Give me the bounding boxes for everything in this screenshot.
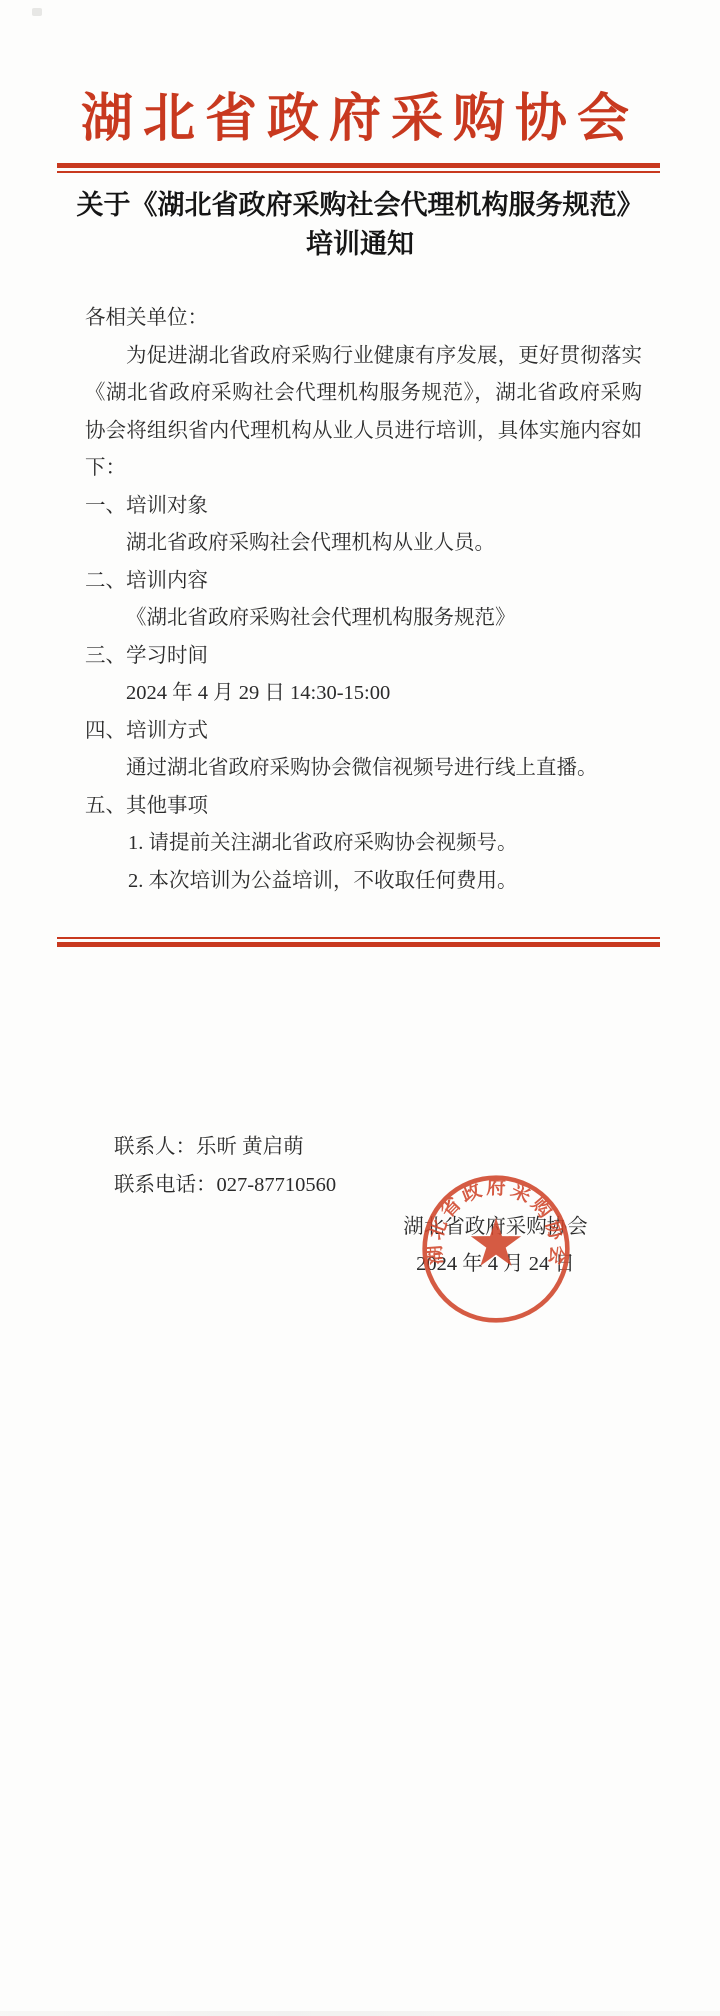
divider-thick-line: [57, 942, 660, 947]
document-title-line2: 培训通知: [40, 225, 680, 264]
contact-block: 联系人：乐昕 黄启萌 联系电话：027-87710560: [114, 1128, 336, 1204]
section-5-item-2: 2. 本次培训为公益培训，不收取任何费用。: [85, 863, 642, 901]
section-5-heading: 五、其他事项: [85, 788, 642, 826]
salutation: 各相关单位：: [85, 300, 642, 338]
section-4-heading: 四、培训方式: [85, 713, 642, 751]
divider-thin-line: [57, 171, 660, 173]
intro-paragraph: 为促进湖北省政府采购行业健康有序发展，更好贯彻落实《湖北省政府采购社会代理机构服…: [85, 338, 642, 488]
section-5-item-1: 1. 请提前关注湖北省政府采购协会视频号。: [85, 825, 642, 863]
signature-date: 2024 年 4 月 24 日: [378, 1246, 613, 1283]
section-2-heading: 二、培训内容: [85, 563, 642, 601]
document-body: 各相关单位： 为促进湖北省政府采购行业健康有序发展，更好贯彻落实《湖北省政府采购…: [85, 300, 642, 900]
section-1-body: 湖北省政府采购社会代理机构从业人员。: [85, 525, 642, 563]
letterhead-org-name: 湖北省政府采购协会: [0, 76, 720, 151]
divider-thin-line: [57, 937, 660, 939]
section-1-heading: 一、培训对象: [85, 488, 642, 526]
contact-phone: 联系电话：027-87710560: [114, 1166, 336, 1204]
divider-thick-line: [57, 163, 660, 168]
section-2-body: 《湖北省政府采购社会代理机构服务规范》: [85, 600, 642, 638]
section-3-heading: 三、学习时间: [85, 638, 642, 676]
footer-divider: [57, 937, 660, 947]
scan-artifact: [32, 8, 42, 16]
section-3-body: 2024 年 4 月 29 日 14:30-15:00: [85, 675, 642, 713]
section-4-body: 通过湖北省政府采购协会微信视频号进行线上直播。: [85, 750, 642, 788]
scan-edge-shadow: [0, 2011, 720, 2016]
document-title: 关于《湖北省政府采购社会代理机构服务规范》 培训通知: [40, 186, 680, 264]
signature-block: 湖北省政府采购协会 2024 年 4 月 24 日: [378, 1209, 613, 1283]
letterhead-divider: [57, 163, 660, 173]
document-title-line1: 关于《湖北省政府采购社会代理机构服务规范》: [40, 186, 680, 225]
contact-person: 联系人：乐昕 黄启萌: [114, 1128, 336, 1166]
signature-org: 湖北省政府采购协会: [378, 1209, 613, 1246]
notice-document-page: 湖北省政府采购协会 关于《湖北省政府采购社会代理机构服务规范》 培训通知 各相关…: [0, 0, 720, 2016]
